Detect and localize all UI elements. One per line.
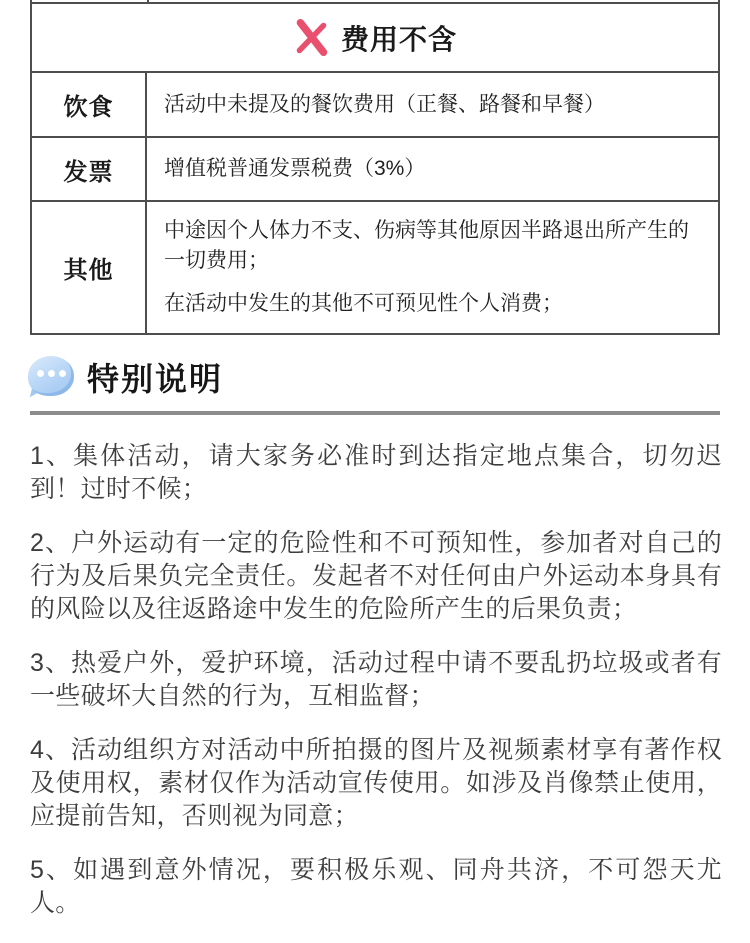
fee-row-label: 发票	[32, 138, 147, 200]
note-paragraph-5: 5、如遇到意外情况，要积极乐观、同舟共济，不可怨天尤人。	[30, 854, 722, 920]
previous-row-divider-stub	[147, 0, 149, 2]
fee-row-text: 在活动中发生的其他不可预见性个人消费；	[164, 289, 704, 319]
x-mark-icon	[293, 19, 330, 56]
fee-row-content: 中途因个人体力不支、伤病等其他原因半路退出所产生的一切费用； 在活动中发生的其他…	[147, 202, 718, 333]
note-paragraph-3: 3、热爱户外，爱护环境，活动过程中请不要乱扔垃圾或者有一些破坏大自然的行为，互相…	[30, 647, 722, 713]
fee-row-text: 活动中未提及的餐饮费用（正餐、路餐和早餐）	[164, 90, 704, 120]
table-row-invoice: 发票 增值税普通发票税费（3%）	[32, 136, 718, 200]
note-paragraph-1: 1、集体活动，请大家务必准时到达指定地点集合，切勿迟到！过时不候；	[30, 440, 722, 506]
table-row-other: 其他 中途因个人体力不支、伤病等其他原因半路退出所产生的一切费用； 在活动中发生…	[32, 200, 718, 333]
fee-row-content: 增值税普通发票税费（3%）	[147, 138, 718, 200]
note-paragraph-2: 2、户外运动有一定的危险性和不可预知性，参加者对自己的行为及后果负完全责任。发起…	[30, 527, 722, 626]
fee-row-text: 中途因个人体力不支、伤病等其他原因半路退出所产生的一切费用；	[164, 216, 704, 276]
fees-excluded-table: 费用不含 饮食 活动中未提及的餐饮费用（正餐、路餐和早餐） 发票 增值税普通发票…	[30, 0, 720, 335]
note-paragraph-4: 4、活动组织方对活动中所拍摄的图片及视频素材享有著作权及使用权，素材仅作为活动宣…	[30, 734, 722, 833]
section-header: 特别说明	[28, 354, 223, 400]
chat-bubble-dots	[28, 370, 74, 377]
chat-bubble-icon	[28, 356, 74, 399]
fee-row-text: 增值税普通发票税费（3%）	[164, 154, 704, 184]
section-divider	[30, 411, 720, 415]
page: 费用不含 饮食 活动中未提及的餐饮费用（正餐、路餐和早餐） 发票 增值税普通发票…	[0, 0, 750, 943]
fee-row-label: 其他	[32, 202, 147, 333]
fee-table-title: 费用不含	[341, 18, 457, 58]
previous-row-remnant	[32, 0, 718, 4]
special-notes-list: 1、集体活动，请大家务必准时到达指定地点集合，切勿迟到！过时不候； 2、户外运动…	[30, 440, 722, 941]
section-title: 特别说明	[87, 354, 223, 400]
fee-row-content: 活动中未提及的餐饮费用（正餐、路餐和早餐）	[147, 73, 718, 136]
table-row-food: 饮食 活动中未提及的餐饮费用（正餐、路餐和早餐）	[32, 71, 718, 136]
fee-row-label: 饮食	[32, 73, 147, 136]
fee-table-header: 费用不含	[32, 4, 718, 71]
